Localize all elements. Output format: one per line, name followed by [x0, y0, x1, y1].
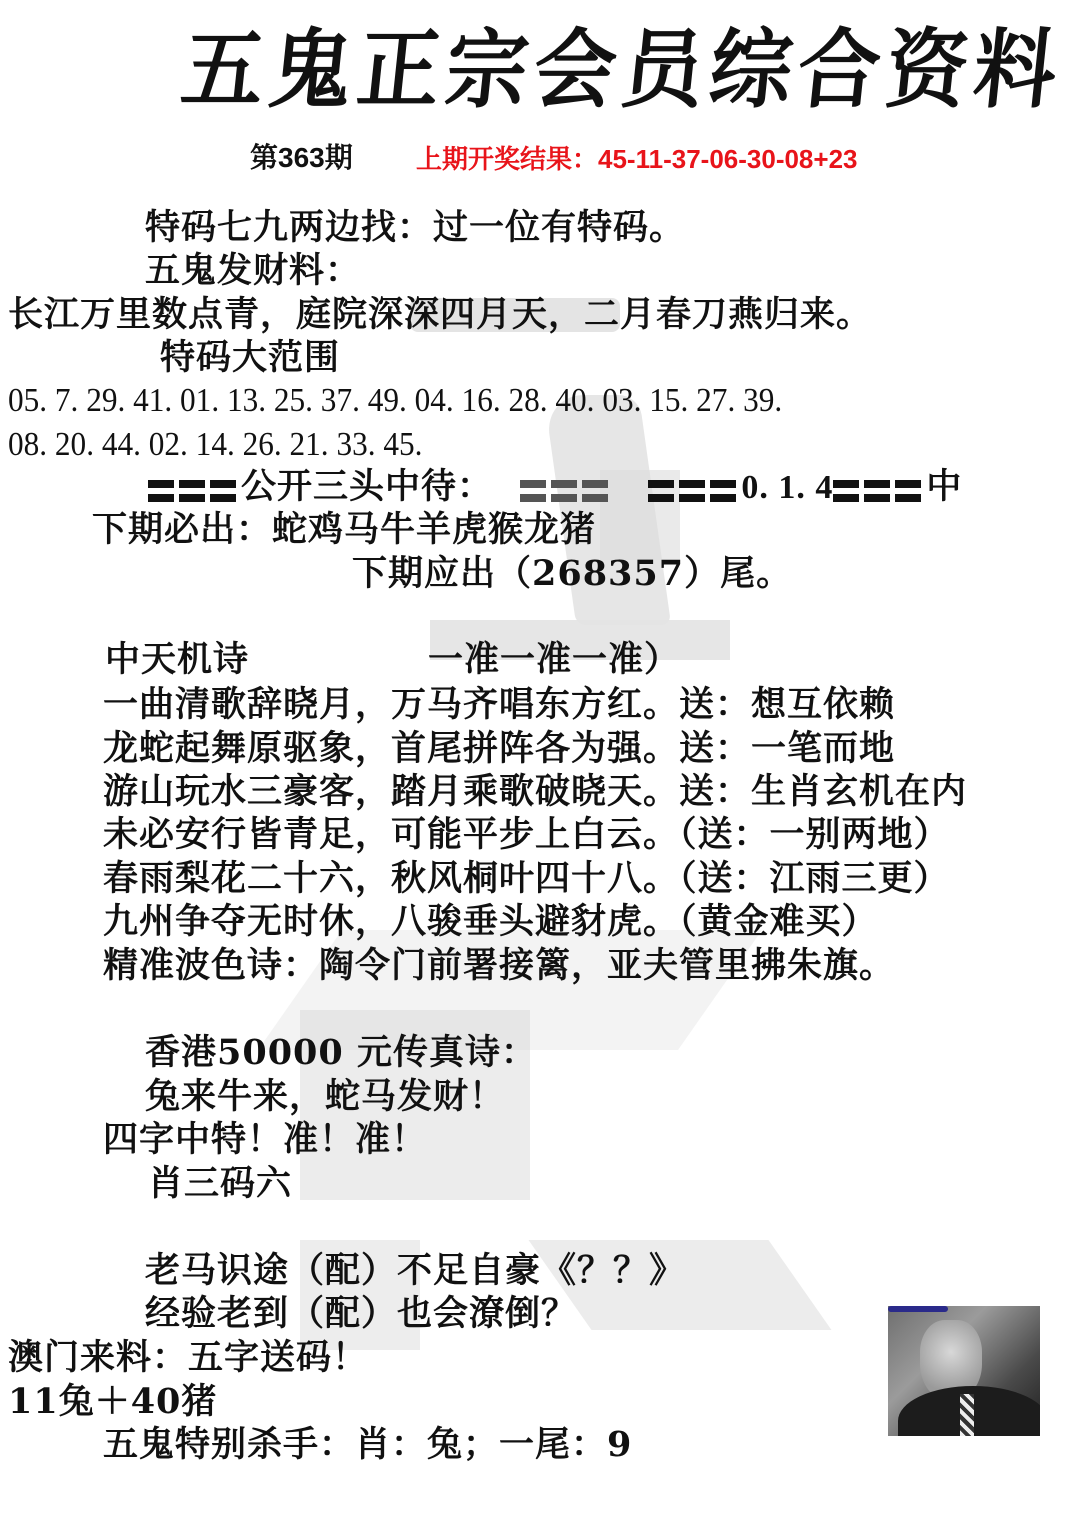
riddle-line: 老马识途（配）不足自豪《？？》 [145, 1253, 685, 1288]
three-heads-value: 0. 1. 4 [741, 471, 833, 505]
poem-line: 精准波色诗：陶令门前署接篱，亚夫管里拂朱旗。 [103, 948, 895, 983]
hk-poem-line: 肖三码六 [148, 1166, 292, 1201]
poem-title: 中天机诗 [105, 642, 249, 677]
next-tail-line: 下期应出（268357）尾。 [352, 556, 792, 591]
poem-line: 九州争夺无时休，八骏垂头避豺虎。（黄金难买） [103, 904, 878, 939]
hint-line: 特码七九两边找：过一位有特码。 [145, 210, 685, 245]
block-marks-icon [833, 471, 926, 506]
poem-line: 春雨梨花二十六，秋风桐叶四十八。（送：江雨三更） [103, 861, 950, 896]
next-must-value: 蛇鸡马牛羊虎猴龙猪 [272, 509, 596, 550]
poem-tagline: 一准一准一准） [428, 642, 680, 677]
poem-line: 未必安行皆青足，可能平步上白云。（送：一别两地） [103, 817, 950, 852]
three-heads-label: 公开三头中待： [241, 466, 493, 507]
macau-value: 11兔＋40猪 [8, 1384, 217, 1419]
last-result: 上期开奖结果：45-11-37-06-30-08+23 [416, 146, 858, 172]
block-marks-icon [648, 471, 741, 506]
last-result-label: 上期开奖结果： [416, 144, 598, 174]
range-numbers-row: 05. 7. 29. 41. 01. 13. 25. 37. 49. 04. 1… [8, 384, 782, 418]
poem-line: 游山玩水三豪客，踏月乘歌破晓天。送：生肖玄机在内 [103, 774, 967, 809]
hk-poem-title: 香港50000 元传真诗： [145, 1035, 537, 1070]
page-title: 五鬼正宗会员综合资料 [177, 28, 1066, 114]
hk-poem-line: 四字中特！准！准！ [103, 1122, 427, 1157]
portrait-photo [888, 1306, 1040, 1436]
section-heading: 五鬼发财料： [145, 253, 361, 288]
next-must-line: 下期必出：蛇鸡马牛羊虎猴龙猪 [92, 512, 596, 547]
section-heading: 特码大范围 [160, 340, 340, 375]
hk-poem-line: 兔来牛来，蛇马发财！ [145, 1079, 505, 1114]
poem-line: 龙蛇起舞原驱象，首尾拼阵各为强。送：一笔而地 [103, 731, 895, 766]
three-heads-suffix: 中 [926, 466, 962, 507]
next-must-label: 下期必出： [92, 509, 272, 550]
issue-number: 第363期 [250, 144, 353, 172]
fortune-poem: 长江万里数点青，庭院深深四月天，二月春刀燕归来。 [8, 297, 872, 332]
poem-line: 一曲清歌辞晓月，万马齐唱东方红。送：想互依赖 [103, 687, 895, 722]
killer-line: 五鬼特别杀手：肖：兔；一尾：9 [103, 1427, 632, 1462]
block-marks-icon [148, 471, 241, 506]
hat-brim [888, 1306, 948, 1312]
three-heads-line: 公开三头中待： 0. 1. 4中 [148, 469, 962, 506]
riddle-line: 经验老到（配）也会潦倒？ [145, 1296, 577, 1331]
portrait-tie [960, 1394, 974, 1436]
macau-label: 澳门来料：五字送码！ [8, 1340, 368, 1375]
block-marks-icon [520, 471, 613, 506]
range-numbers-row: 08. 20. 44. 02. 14. 26. 21. 33. 45. [8, 428, 422, 462]
last-result-numbers: 45-11-37-06-30-08+23 [598, 144, 857, 174]
